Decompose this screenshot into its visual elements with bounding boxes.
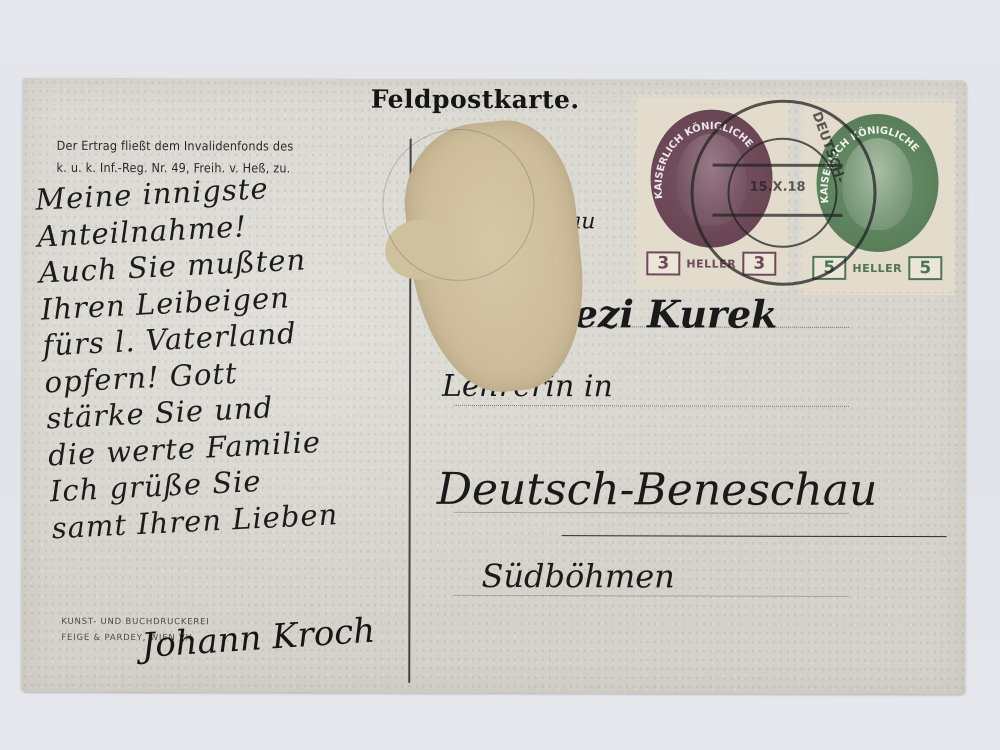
address-line-region: Südböhmen (481, 557, 674, 596)
stamp-unit: HELLER (852, 261, 902, 274)
stamp-value: 3 (646, 251, 680, 275)
handwritten-message: Meine innigste Anteilnahme! Auch Sie muß… (35, 163, 433, 546)
postmark-date: 15.X.18 (750, 180, 806, 195)
card-title: Feldpostkarte. (371, 85, 580, 115)
postmark-bar (713, 164, 843, 167)
postmark-bar (712, 214, 842, 217)
town-underline (562, 535, 947, 537)
address-rule (454, 405, 849, 407)
address-line-town: Deutsch-Beneschau (437, 464, 878, 516)
stamp-value: 5 (908, 256, 942, 280)
postcard: Feldpostkarte. Der Ertrag fließt dem Inv… (21, 78, 967, 694)
faint-postmark-ring (382, 129, 534, 281)
notice-line: Der Ertrag fließt dem Invalidenfonds des (57, 135, 397, 158)
